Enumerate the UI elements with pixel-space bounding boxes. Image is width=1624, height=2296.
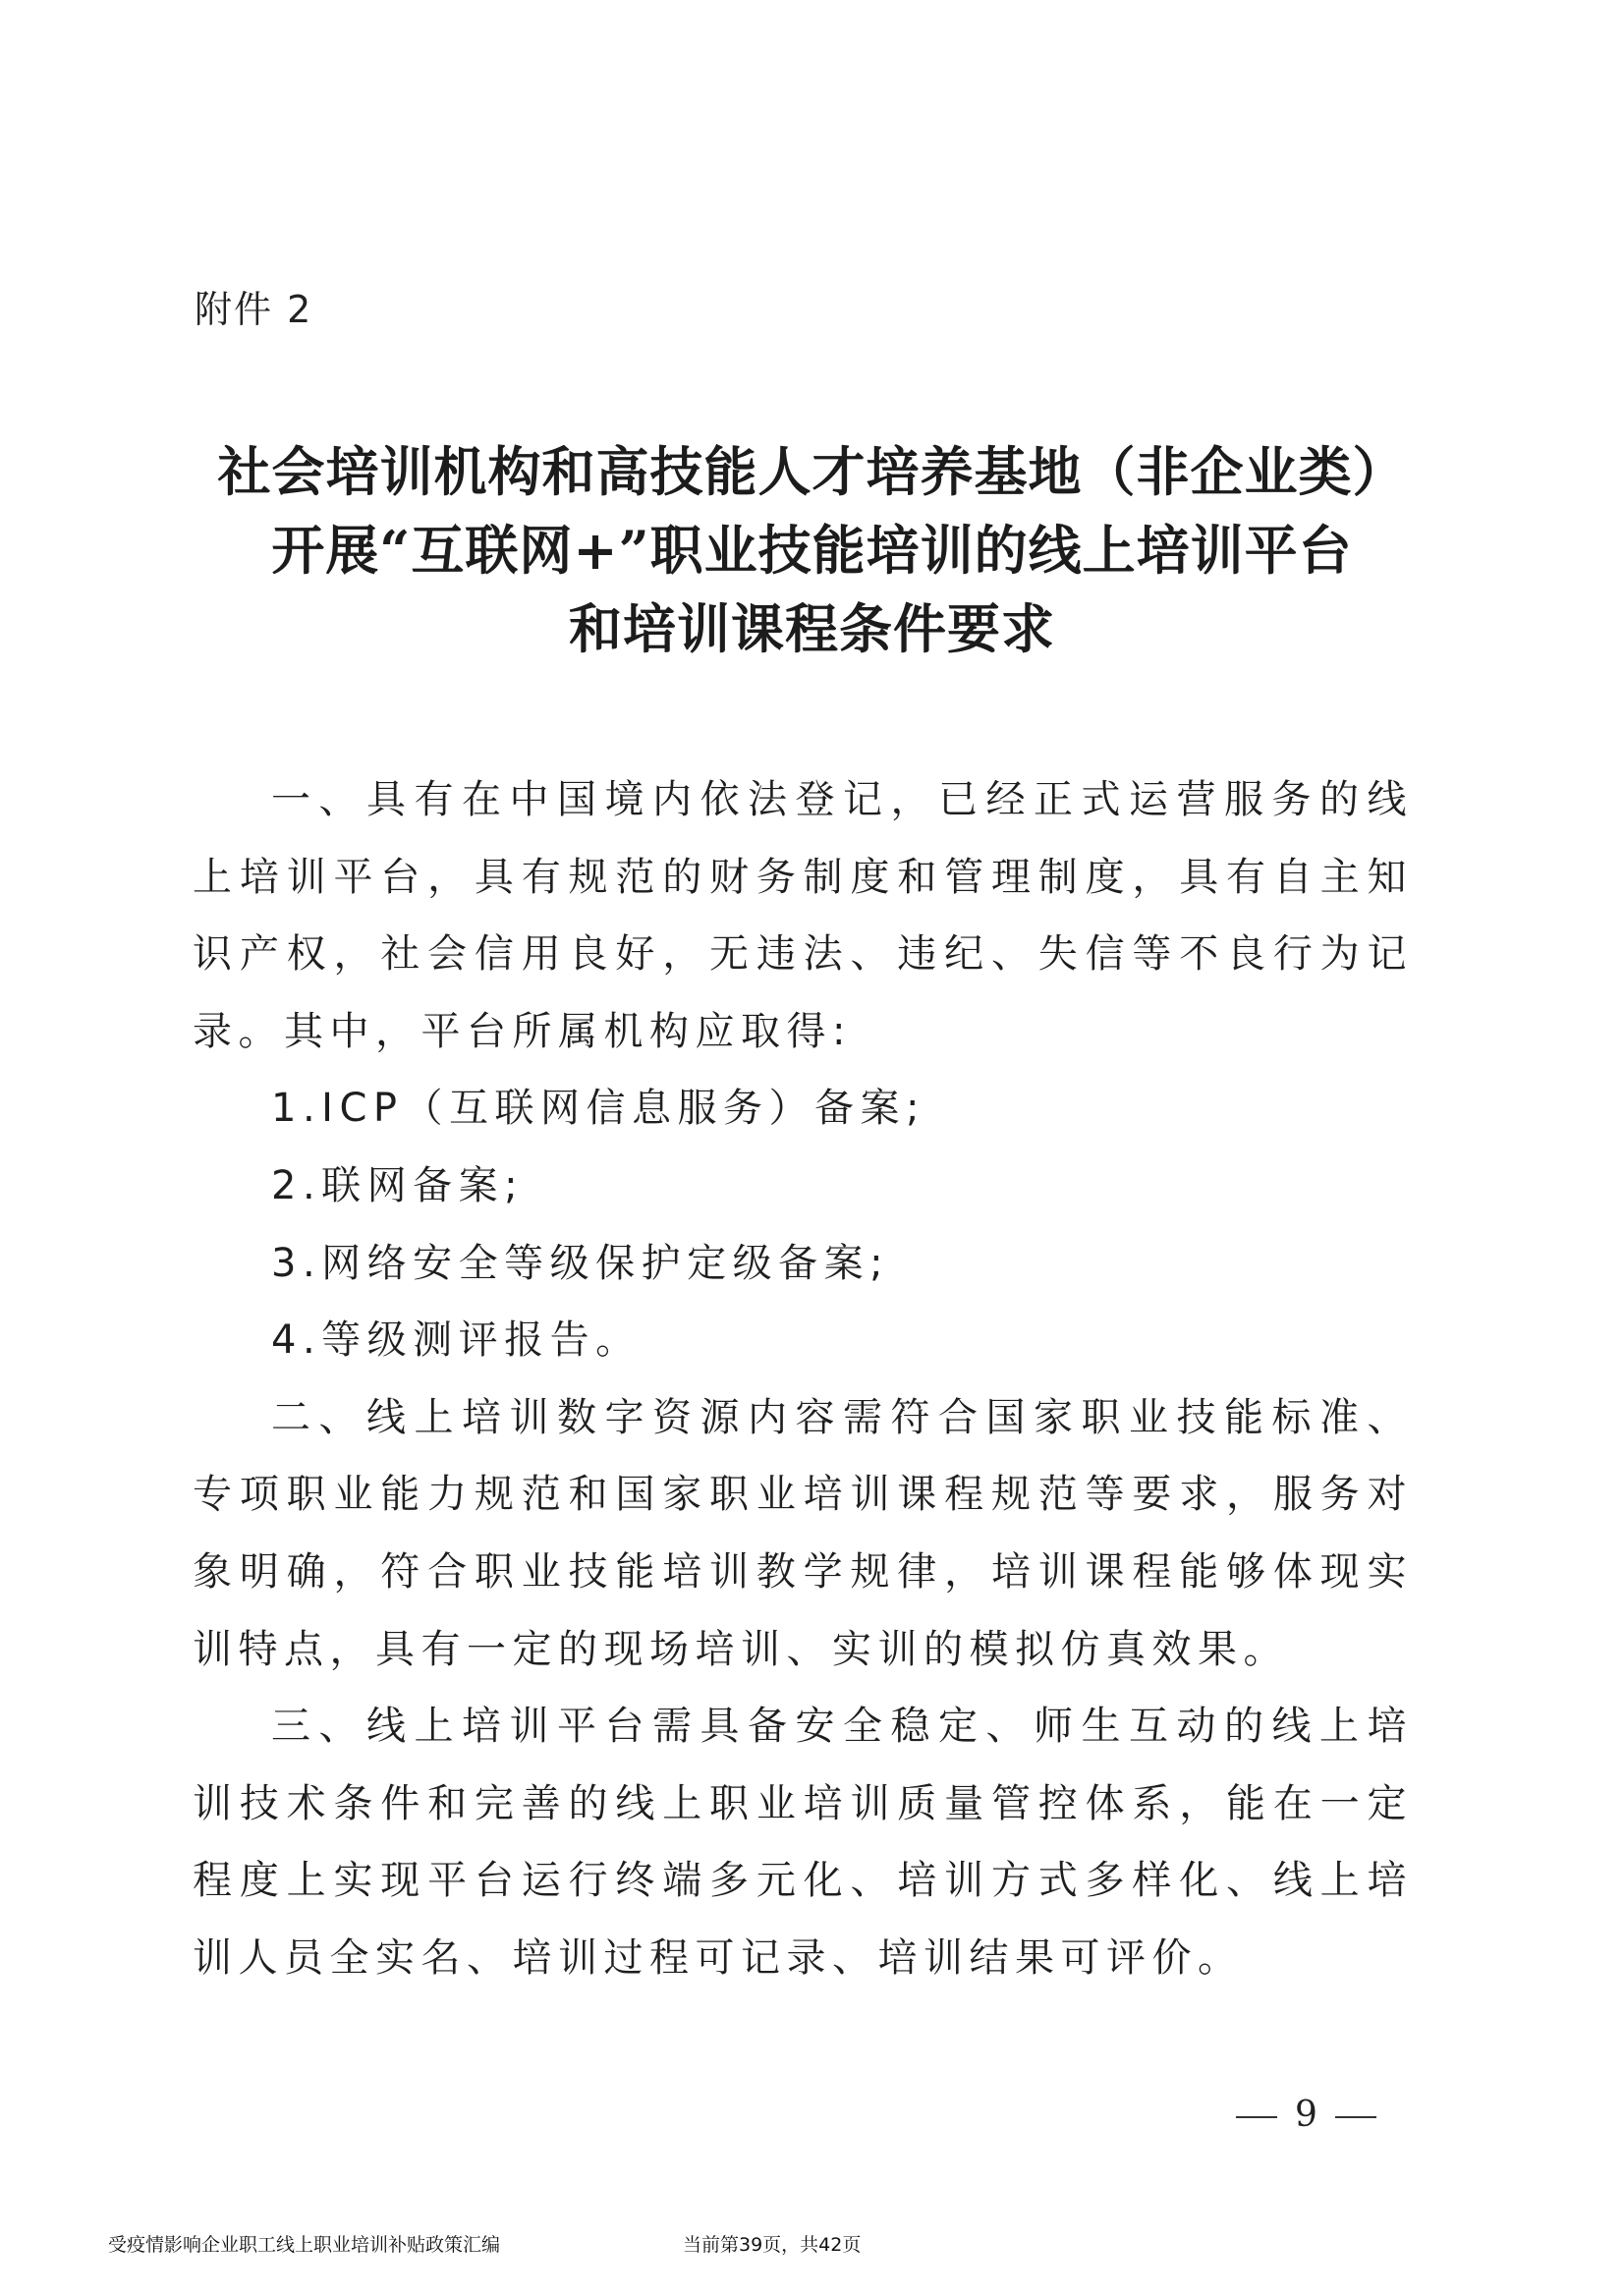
dash-left [1236,2116,1277,2118]
title-line: 开展“互联网+”职业技能培训的线上培训平台 [157,511,1467,589]
paragraph-section-1: 一、具有在中国境内依法登记，已经正式运营服务的线上培训平台，具有规范的财务制度和… [193,761,1413,1070]
page-indicator-text: 当前第39页，共42页 [683,2234,861,2256]
list-item-security-level: 3.网络安全等级保护定级备案; [193,1225,1413,1303]
list-item-assessment-report: 4.等级测评报告。 [193,1302,1413,1379]
paragraph-section-3: 三、线上培训平台需具备安全稳定、师生互动的线上培训技术条件和完善的线上职业培训质… [193,1688,1413,1996]
dash-right [1335,2116,1376,2118]
paragraph-section-2: 二、线上培训数字资源内容需符合国家职业技能标准、专项职业能力规范和国家职业培训课… [193,1379,1413,1688]
document-page: 附件 2 社会培训机构和高技能人才培养基地（非企业类） 开展“互联网+”职业技能… [0,0,1624,2296]
document-title: 社会培训机构和高技能人才培养基地（非企业类） 开展“互联网+”职业技能培训的线上… [157,432,1467,668]
page-number-value: 9 [1295,2095,1317,2135]
attachment-label: 附件 2 [195,285,312,334]
list-item-icp: 1.ICP（互联网信息服务）备案; [193,1070,1413,1148]
page-number: 9 [1218,2091,1394,2140]
footer-page-indicator: 当前第39页，共42页 [457,2230,635,2257]
footer-collection-title: 受疫情影响企业职工线上职业培训补贴政策汇编 [108,2230,500,2257]
title-line: 社会培训机构和高技能人才培养基地（非企业类） [157,432,1467,511]
list-item-network-filing: 2.联网备案; [193,1148,1413,1225]
document-body: 一、具有在中国境内依法登记，已经正式运营服务的线上培训平台，具有规范的财务制度和… [193,761,1413,1997]
title-line: 和培训课程条件要求 [157,589,1467,668]
